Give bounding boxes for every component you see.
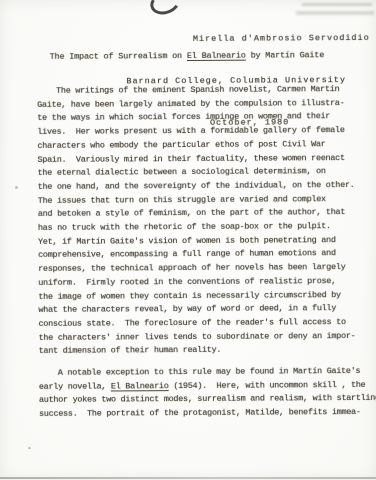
text-line: uniform. Firmly rooted in the convention…	[38, 275, 372, 291]
body-text: The writings of the eminent Spanish nove…	[37, 83, 373, 422]
paragraph-2: A notable exception to this rule may be …	[39, 365, 373, 422]
header-author: Mirella d'Ambrosio Servodidio	[0, 31, 375, 47]
text-line: tant dimension of their human reality.	[39, 343, 373, 359]
text-line: characters who embody the particular eth…	[37, 138, 371, 154]
scan-edge-line	[0, 477, 376, 479]
text-line: success. The portrait of the protagonist…	[39, 406, 373, 422]
paragraph-1: The writings of the eminent Spanish nove…	[37, 83, 373, 359]
scanned-page: Mirella d'Ambrosio Servodidio Barnard Co…	[0, 0, 376, 480]
scan-pencil-smudge	[296, 11, 374, 15]
text-line: the characters' inner lives tends to sub…	[39, 330, 373, 346]
scan-pencil-smudge	[302, 3, 372, 6]
scan-speck	[15, 186, 18, 189]
title-post: by Martín Gaite	[246, 50, 324, 60]
title-pre: The Impact of Surrealism on	[50, 51, 187, 62]
title-underlined-work: El Balneario	[187, 51, 246, 61]
underlined-work-title: El Balneario	[111, 381, 169, 391]
scan-speck	[28, 447, 31, 449]
page-content: Mirella d'Ambrosio Servodidio Barnard Co…	[0, 0, 376, 480]
